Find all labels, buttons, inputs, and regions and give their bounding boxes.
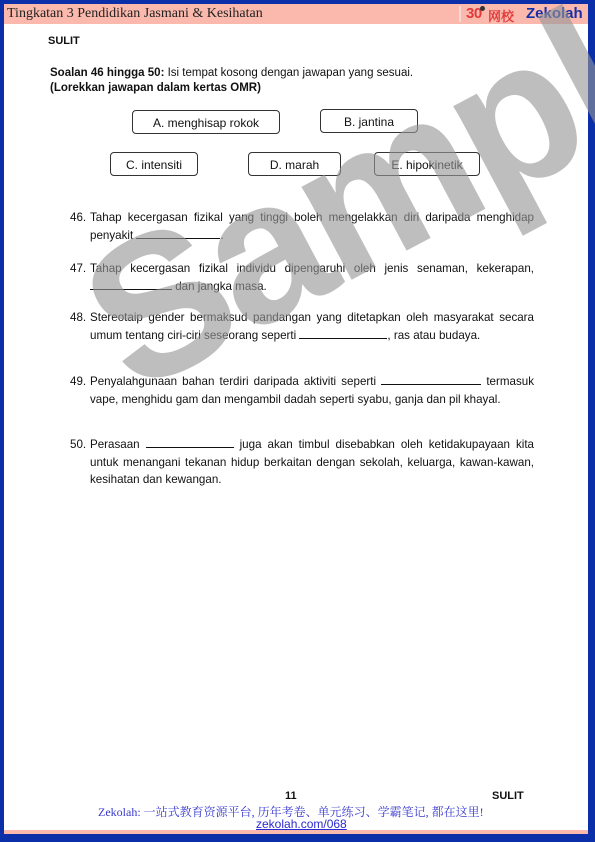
question-number: 47.: [70, 260, 86, 278]
answer-blank: [90, 278, 172, 290]
logo-brand[interactable]: Zekolah: [526, 5, 583, 22]
answer-blank: [381, 373, 481, 385]
instructions: Soalan 46 hingga 50: Isi tempat kosong d…: [50, 66, 413, 96]
header-title: Tingkatan 3 Pendidikan Jasmani & Kesihat…: [7, 6, 263, 22]
option-e: E. hipokinetik: [374, 152, 480, 176]
question-text-end: , ras atau budaya.: [387, 329, 480, 342]
logo-apple-icon: [480, 6, 485, 11]
question-number: 50.: [70, 436, 86, 454]
classification-top: SULIT: [48, 35, 80, 47]
header-bar: Tingkatan 3 Pendidikan Jasmani & Kesihat…: [4, 4, 588, 24]
question-text: Perasaan: [90, 438, 146, 451]
question-text-end: dan jangka masa.: [172, 280, 267, 293]
question-46: 46. Tahap kecergasan fizikal yang tinggi…: [70, 209, 534, 244]
page-number: 11: [285, 790, 297, 802]
question-text: Tahap kecergasan fizikal individu dipeng…: [90, 262, 534, 275]
question-49: 49. Penyalahgunaan bahan terdiri daripad…: [70, 373, 534, 408]
instructions-text: Isi tempat kosong dengan jawapan yang se…: [164, 67, 413, 79]
instructions-line2: (Lorekkan jawapan dalam kertas OMR): [50, 82, 261, 94]
exam-page: Tingkatan 3 Pendidikan Jasmani & Kesihat…: [4, 4, 588, 834]
question-48: 48. Stereotaip gender bermaksud pandanga…: [70, 309, 534, 344]
question-number: 49.: [70, 373, 86, 391]
question-number: 46.: [70, 209, 86, 227]
question-text: Penyalahgunaan bahan terdiri daripada ak…: [90, 375, 381, 388]
answer-blank: [146, 436, 234, 448]
question-50: 50. Perasaan juga akan timbul disebabkan…: [70, 436, 534, 489]
footer-link[interactable]: zekolah.com/068: [256, 817, 347, 831]
answer-blank: [136, 227, 220, 239]
instructions-prefix: Soalan 46 hingga 50:: [50, 67, 164, 79]
option-c: C. intensiti: [110, 152, 198, 176]
header-divider: [459, 6, 461, 22]
question-number: 48.: [70, 309, 86, 327]
footer-bar: [4, 830, 588, 834]
classification-bottom: SULIT: [492, 790, 524, 802]
option-b: B. jantina: [320, 109, 418, 133]
logo-chinese: 网校: [488, 6, 514, 25]
option-d: D. marah: [248, 152, 341, 176]
option-a: A. menghisap rokok: [132, 110, 280, 134]
answer-blank: [299, 327, 387, 339]
question-47: 47. Tahap kecergasan fizikal individu di…: [70, 260, 534, 295]
question-text-end: .: [220, 229, 223, 242]
